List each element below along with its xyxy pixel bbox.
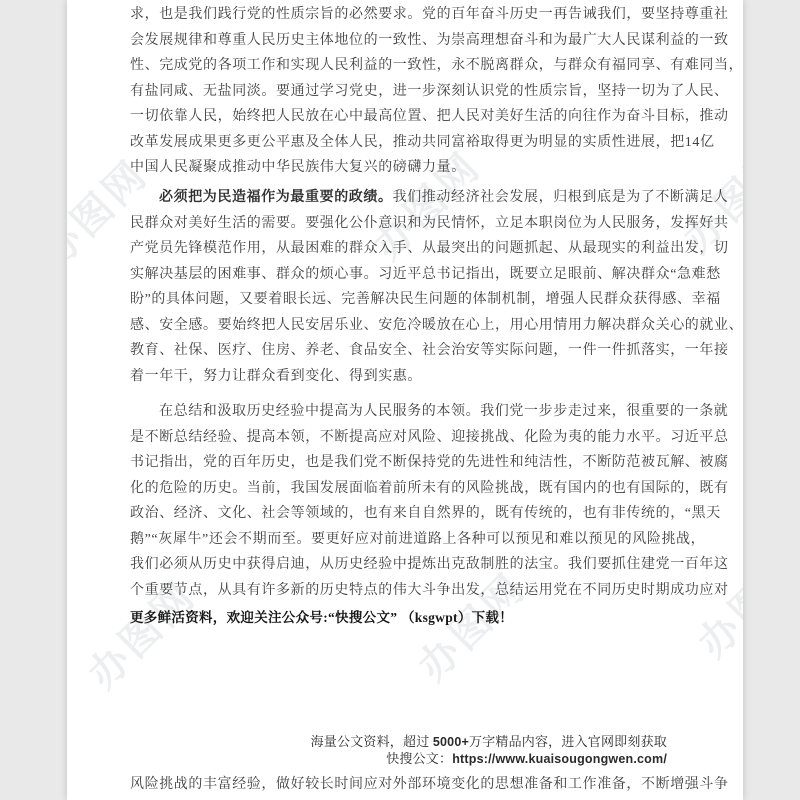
text-line: 个重要节点，从具有许多新的历史特点的伟大斗争出发，总结运用党在不同历史时期成功应…	[130, 578, 670, 604]
paragraph-bold-lead: 必须把为民造福作为最重要的政绩。	[159, 190, 393, 205]
text-line: 是不断总结经验、提高本领，不断提高应对风险、迎接挑战、化险为夷的能力水平。习近平…	[130, 425, 670, 451]
text-line: 会发展规律和尊重人民历史主体地位的一致性、为崇高理想奋斗和为最广大人民谋利益的一…	[130, 28, 670, 54]
footer-count: 5000+	[433, 735, 469, 749]
paragraph-topic-2: 必须把为民造福作为最重要的政绩。我们推动经济社会发展，归根到底是为了不断满足人民…	[130, 185, 670, 389]
next-page-first-line: 风险挑战的丰富经验，做好较长时间应对外部环境变化的思想准备和工作准备，不断增强斗…	[130, 772, 690, 798]
paragraph-continuation: 求，也是我们践行党的性质宗旨的必然要求。党的百年奋斗历史一再告诫我们，要坚持尊重…	[130, 2, 670, 181]
footer-site-label: 快搜公文：	[386, 751, 452, 766]
text-line: 产党员先锋模范作用，从最困难的群众入手、从最突出的问题抓起、从最现实的利益出发，…	[130, 236, 670, 262]
text-line: 感、安全感。要始终把人民安居乐业、安危冷暖放在心上，用心用情用力解决群众关心的就…	[130, 313, 670, 339]
text-line: 书记指出，党的百年历史，也是我们党不断保持党的先进性和纯洁性，不断防范被瓦解、被…	[130, 450, 670, 476]
footer-line-2: 快搜公文：https://www.kuaisougongwen.com/	[247, 751, 667, 768]
text-line: 盼”的具体问题，又要着眼长远、完善解决民生问题的体制机制，增强人民群众获得感、幸…	[130, 287, 670, 313]
text-line: 改革发展成果更多更公平惠及全体人民，推动共同富裕取得更为明显的实质性进展，把14…	[130, 130, 670, 156]
footer-line-1: 海量公文资料，超过 5000+万字精品内容，进入官网即刻获取	[247, 734, 667, 751]
text-line: 化的危险的历史。当前，我国发展面临着前所未有的风险挑战，既有国内的也有国际的，既…	[130, 476, 670, 502]
text-line: 着一年干，努力让群众看到变化、得到实惠。	[130, 364, 670, 390]
document-page: 办图网 办图网 办图网 办图网 办图网 办图网 求，也是我们践行党的性质宗旨的必…	[67, 0, 743, 800]
text-line: 一切依靠人民，始终把人民放在心中最高位置、把人民对美好生活的向往作为奋斗目标，推…	[130, 104, 670, 130]
footer-site-url: https://www.kuaisougongwen.com/	[452, 752, 667, 766]
text-line: 求，也是我们践行党的性质宗旨的必然要求。党的百年奋斗历史一再告诫我们，要坚持尊重…	[130, 2, 670, 28]
text-line: 实解决基层的困难事、群众的烦心事。习近平总书记指出，既要立足眼前、解决群众“急难…	[130, 262, 670, 288]
text-line: 教育、社保、医疗、住房、养老、食品安全、社会治安等实际问题，一件一件抓落实，一年…	[130, 338, 670, 364]
promo-line: 更多鲜活资料，欢迎关注公众号:“快搜公文” （ksgwpt）下载！	[130, 608, 690, 628]
paragraph-topic-3: 在总结和汲取历史经验中提高为人民服务的本领。我们党一步步走过来，很重要的一条就是…	[130, 399, 670, 603]
footer-text: 万字精品内容，进入官网即刻获取	[469, 734, 667, 749]
text-line: 有盐同咸、无盐同淡。要通过学习党史，进一步深刻认识党的性质宗旨，坚持一切为了人民…	[130, 79, 670, 105]
text-line: 政治、经济、文化、社会等领域的，也有来自自然界的，既有传统的，也有非传统的，“黑…	[130, 501, 670, 527]
text-line: 必须把为民造福作为最重要的政绩。我们推动经济社会发展，归根到底是为了不断满足人	[130, 185, 670, 211]
footer-text: 海量公文资料，超过	[311, 734, 433, 749]
text-line: 民群众对美好生活的需要。要强化公仆意识和为民情怀，立足本职岗位为人民服务，发挥好…	[130, 211, 670, 237]
text-line: 性、完成党的各项工作和实现人民利益的一致性，永不脱离群众，与群众有福同享、有难同…	[130, 53, 670, 79]
text-line: 在总结和汲取历史经验中提高为人民服务的本领。我们党一步步走过来，很重要的一条就	[130, 399, 670, 425]
page-footer: 海量公文资料，超过 5000+万字精品内容，进入官网即刻获取 快搜公文：http…	[247, 734, 667, 767]
text-line: 我们必须从历史中获得启迪，从历史经验中提炼出克敌制胜的法宝。我们要抓住建党一百年…	[130, 552, 670, 578]
text-line: 鹅”“灰犀牛”还会不期而至。要更好应对前进道路上各种可以预见和难以预见的风险挑战…	[130, 527, 670, 553]
text-line: 中国人民凝聚成推动中华民族伟大复兴的磅礴力量。	[130, 155, 670, 181]
